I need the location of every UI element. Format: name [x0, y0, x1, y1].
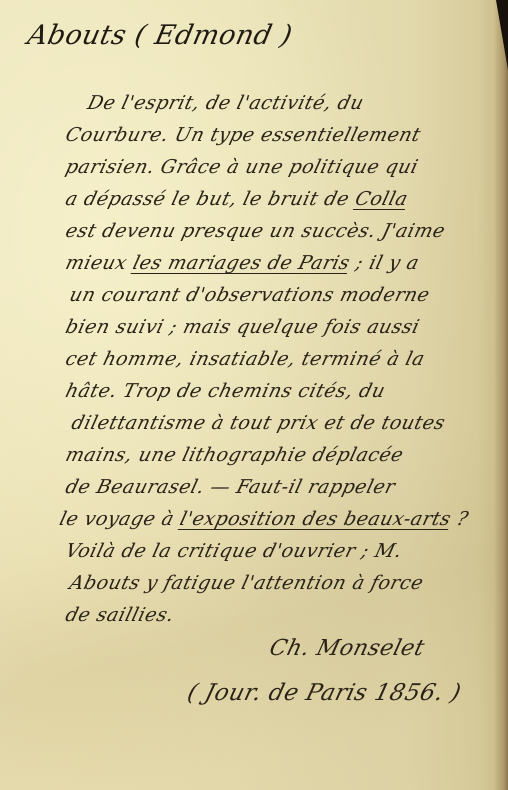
manuscript-line: bien suivi ; mais quelque fois aussi — [63, 316, 422, 338]
line-text: ; il y a — [347, 252, 422, 274]
line-text: mieux — [63, 252, 136, 274]
manuscript-line: cet homme, insatiable, terminé à la — [63, 348, 427, 370]
manuscript-line: le voyage à l'exposition des beaux-arts … — [57, 508, 471, 530]
manuscript-line: a dépassé le but, le bruit de Colla — [63, 188, 410, 210]
manuscript-line: mieux les mariages de Paris ; il y a — [63, 252, 421, 274]
manuscript-line: parisien. Grâce à une politique qui — [63, 156, 420, 178]
line-text: bien suivi ; mais quelque fois aussi — [63, 316, 422, 338]
line-text: de saillies. — [63, 604, 176, 626]
manuscript-line: mains, une lithographie déplacée — [63, 444, 406, 466]
underlined-title: Colla — [353, 188, 410, 210]
line-text: dilettantisme à tout prix et de toutes — [69, 412, 447, 434]
manuscript-line: Abouts y fatigue l'attention à force — [67, 572, 426, 594]
line-text: est devenu presque un succès. J'aime — [63, 220, 447, 242]
manuscript-line: De l'esprit, de l'activité, du — [85, 92, 366, 114]
line-text: parisien. Grâce à une politique qui — [63, 156, 420, 178]
underlined-title: l'exposition des beaux-arts — [178, 508, 454, 530]
signature-source: ( Jour. de Paris 1856. ) — [185, 680, 464, 706]
line-text: de Beaurasel. — Faut-il rappeler — [63, 476, 397, 498]
manuscript-line: dilettantisme à tout prix et de toutes — [69, 412, 447, 434]
manuscript-page: Abouts ( Edmond ) De l'esprit, de l'acti… — [0, 0, 508, 790]
line-text: De l'esprit, de l'activité, du — [85, 92, 366, 114]
line-text: Abouts y fatigue l'attention à force — [67, 572, 426, 594]
signature-name: Ch. Monselet — [267, 636, 427, 661]
manuscript-line: de saillies. — [63, 604, 176, 626]
manuscript-line: hâte. Trop de chemins cités, du — [63, 380, 387, 402]
manuscript-line: Courbure. Un type essentiellement — [63, 124, 423, 146]
manuscript-line: un courant d'observations moderne — [67, 284, 432, 306]
line-text: Courbure. Un type essentiellement — [63, 124, 423, 146]
manuscript-line: est devenu presque un succès. J'aime — [63, 220, 447, 242]
manuscript-heading: Abouts ( Edmond ) — [25, 20, 296, 51]
paper-edge-stain — [494, 0, 508, 790]
manuscript-line: de Beaurasel. — Faut-il rappeler — [63, 476, 397, 498]
line-text: Voilà de la critique d'ouvrier ; M. — [63, 540, 404, 562]
manuscript-line: Voilà de la critique d'ouvrier ; M. — [63, 540, 404, 562]
line-text: mains, une lithographie déplacée — [63, 444, 406, 466]
line-text: a dépassé le but, le bruit de — [63, 188, 358, 210]
dark-corner — [496, 0, 508, 70]
line-text: un courant d'observations moderne — [67, 284, 432, 306]
line-text: hâte. Trop de chemins cités, du — [63, 380, 387, 402]
line-text: le voyage à — [57, 508, 183, 530]
underlined-title: les mariages de Paris — [131, 252, 353, 274]
line-text: cet homme, insatiable, terminé à la — [63, 348, 427, 370]
